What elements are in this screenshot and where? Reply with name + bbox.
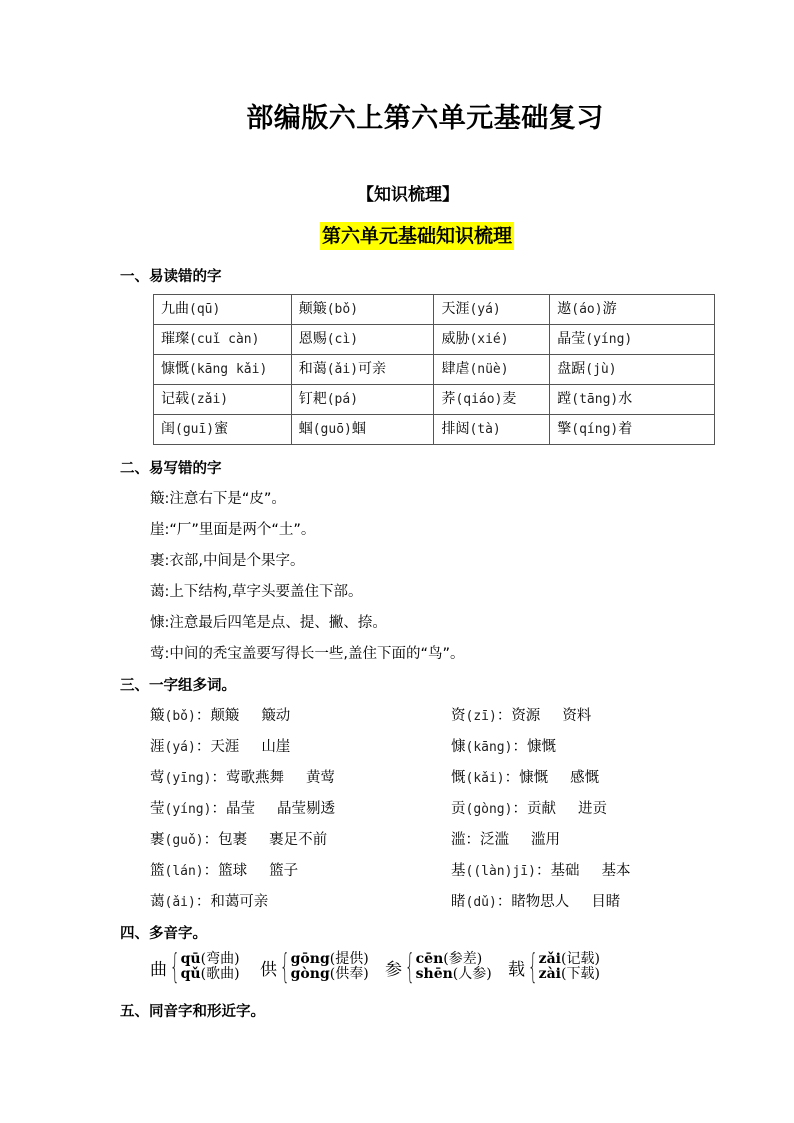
cell-word: 钉耙 bbox=[299, 391, 327, 407]
word-group-pinyin: (kāng) bbox=[466, 740, 513, 755]
word-group-char: 篮 bbox=[150, 863, 165, 879]
word-group: 慷(kāng)：慷慨 bbox=[451, 735, 556, 756]
word-group: 睹(dǔ)：睹物思人目睹 bbox=[451, 890, 620, 911]
word-group: 慨(kǎi)：慷慨感慨 bbox=[451, 766, 599, 787]
cell-word: 和蔼 bbox=[299, 361, 327, 377]
reading-b: zài(下载) bbox=[539, 967, 600, 982]
cell-pinyin: (guī) bbox=[175, 422, 214, 437]
colon: ： bbox=[196, 894, 211, 910]
cell-pinyin: (ǎi) bbox=[327, 362, 358, 377]
writing-tip-6: 莺:中间的秃宝盖要写得长一些,盖住下面的“鸟”。 bbox=[150, 642, 465, 663]
reading-a-pinyin: zǎi bbox=[539, 951, 561, 967]
cell-pinyin: (cì) bbox=[327, 332, 358, 347]
colon: ： bbox=[211, 770, 226, 786]
word-group-word: 天涯 bbox=[210, 739, 239, 755]
colon: ： bbox=[512, 801, 527, 817]
word-group-char: 慨 bbox=[451, 770, 466, 786]
colon: ： bbox=[211, 801, 226, 817]
writing-tip-3: 裹:衣部,中间是个果字。 bbox=[150, 549, 305, 570]
cell-word: 蝈 bbox=[299, 421, 313, 437]
word-group: 涯(yá)：天涯山崖 bbox=[150, 735, 290, 756]
polyphonic-char: 供 bbox=[260, 955, 277, 980]
word-group-char: 滥 bbox=[451, 832, 466, 848]
cell-pinyin: (yá) bbox=[469, 302, 500, 317]
section-subtitle: 【知识梳理】 bbox=[0, 180, 794, 205]
section-heading-4: 四、多音字。 bbox=[120, 922, 207, 943]
table-cell: 和蔼(ǎi)可亲 bbox=[291, 355, 434, 385]
table-row: 璀璨(cuǐ càn)恩赐(cì)威胁(xié)晶莹(yíng) bbox=[154, 325, 715, 355]
polyphonic-options: qū(弯曲) qǔ(歌曲) bbox=[181, 952, 240, 982]
word-group-pinyin: (gòng) bbox=[466, 802, 513, 817]
reading-a: qū(弯曲) bbox=[181, 952, 240, 967]
word-group-word: 篮子 bbox=[269, 863, 298, 879]
table-row: 慷慨(kāng kǎi)和蔼(ǎi)可亲肆虐(nüè)盘踞(jù) bbox=[154, 355, 715, 385]
table-cell: 蝈(guō)蝈 bbox=[291, 415, 434, 445]
word-group-char: 簸 bbox=[150, 708, 165, 724]
cell-word: 九曲 bbox=[161, 301, 189, 317]
word-group-char: 基 bbox=[451, 863, 466, 879]
cell-tail: 着 bbox=[618, 421, 632, 437]
table-cell: 盘踞(jù) bbox=[550, 355, 715, 385]
cell-word: 天涯 bbox=[441, 301, 469, 317]
writing-tip-4: 蔼:上下结构,草字头要盖住下部。 bbox=[150, 580, 363, 601]
polyphonic-item: 曲 { qū(弯曲) qǔ(歌曲) bbox=[150, 950, 240, 984]
polyphonic-item: 供 { gōng(提供) gòng(供奉) bbox=[260, 950, 369, 984]
word-group-word: 资源 bbox=[511, 708, 540, 724]
word-group-word: 晶莹 bbox=[226, 801, 255, 817]
cell-tail: 水 bbox=[618, 391, 632, 407]
cell-word: 遨 bbox=[557, 301, 571, 317]
word-group: 莹(yíng)：晶莹晶莹剔透 bbox=[150, 797, 335, 818]
reading-a-pinyin: qū bbox=[181, 951, 201, 967]
cell-pinyin: (xié) bbox=[469, 332, 508, 347]
cell-word: 擎 bbox=[557, 421, 571, 437]
word-group-word: 目睹 bbox=[591, 894, 620, 910]
colon: ： bbox=[466, 832, 481, 848]
cell-pinyin: (jù) bbox=[585, 362, 616, 377]
highlight-heading-wrap: 第六单元基础知识梳理 bbox=[0, 222, 794, 250]
table-cell: 排闼(tà) bbox=[434, 415, 550, 445]
cell-pinyin: (qíng) bbox=[571, 422, 618, 437]
reading-b: gòng(供奉) bbox=[291, 967, 369, 982]
reading-b-word: (下载) bbox=[561, 966, 600, 982]
word-group-word: 进贡 bbox=[578, 801, 607, 817]
table-cell: 颠簸(bǒ) bbox=[291, 295, 434, 325]
word-group-char: 莺 bbox=[150, 770, 165, 786]
word-group-pinyin: (kǎi) bbox=[466, 771, 505, 786]
cell-pinyin: (tà) bbox=[469, 422, 500, 437]
word-group-char: 涯 bbox=[150, 739, 165, 755]
word-group-word: 簸动 bbox=[261, 708, 290, 724]
word-group-word: 资料 bbox=[562, 708, 591, 724]
reading-b-pinyin: qǔ bbox=[181, 966, 201, 982]
section-heading-3: 三、一字组多词。 bbox=[120, 674, 236, 695]
table-cell: 天涯(yá) bbox=[434, 295, 550, 325]
document-title: 部编版六上第六单元基础复习 bbox=[0, 96, 794, 135]
reading-a: cēn(参差) bbox=[416, 952, 492, 967]
brace-icon: { bbox=[405, 950, 415, 984]
cell-pinyin: (zǎi) bbox=[189, 392, 228, 407]
word-group-char: 蔼 bbox=[150, 894, 165, 910]
cell-word: 恩赐 bbox=[299, 331, 327, 347]
table-cell: 九曲(qū) bbox=[154, 295, 292, 325]
table-row: 九曲(qū)颠簸(bǒ)天涯(yá)遨(áo)游 bbox=[154, 295, 715, 325]
table-cell: 记载(zǎi) bbox=[154, 385, 292, 415]
cell-word: 晶莹 bbox=[557, 331, 585, 347]
table-row: 闺(guī)蜜蝈(guō)蝈排闼(tà)擎(qíng)着 bbox=[154, 415, 715, 445]
word-group-word: 贡献 bbox=[527, 801, 556, 817]
cell-word: 蹚 bbox=[557, 391, 571, 407]
word-group: 莺(yīng)：莺歌燕舞黄莺 bbox=[150, 766, 335, 787]
reading-b-word: (歌曲) bbox=[201, 966, 240, 982]
word-group-pinyin: (zī) bbox=[466, 709, 497, 724]
word-group-char: 资 bbox=[451, 708, 466, 724]
word-group-pinyin: (ǎi) bbox=[165, 895, 196, 910]
word-group-word: 基本 bbox=[601, 863, 630, 879]
brace-icon: { bbox=[170, 950, 180, 984]
table-cell: 钉耙(pá) bbox=[291, 385, 434, 415]
cell-pinyin: (áo) bbox=[571, 302, 602, 317]
word-group-word: 晶莹剔透 bbox=[277, 801, 335, 817]
cell-word: 记载 bbox=[161, 391, 189, 407]
table-cell: 蹚(tāng)水 bbox=[550, 385, 715, 415]
cell-tail: 蜜 bbox=[214, 421, 228, 437]
cell-pinyin: (qū) bbox=[189, 302, 220, 317]
highlight-heading: 第六单元基础知识梳理 bbox=[320, 222, 514, 250]
reading-a-word: (弯曲) bbox=[201, 951, 240, 967]
table-row: 记载(zǎi)钉耙(pá)荞(qiáo)麦蹚(tāng)水 bbox=[154, 385, 715, 415]
cell-pinyin: (bǒ) bbox=[327, 302, 358, 317]
cell-word: 排闼 bbox=[441, 421, 469, 437]
word-group-word: 基础 bbox=[550, 863, 579, 879]
word-group: 资(zī)：资源资料 bbox=[451, 704, 591, 725]
polyphonic-char: 载 bbox=[508, 955, 525, 980]
word-group-pinyin: (dǔ) bbox=[466, 895, 497, 910]
word-group-pinyin: (lán) bbox=[165, 864, 204, 879]
colon: ： bbox=[512, 739, 527, 755]
cell-tail: 蝈 bbox=[352, 421, 366, 437]
cell-pinyin: (cuǐ càn) bbox=[189, 332, 259, 347]
misread-characters-table: 九曲(qū)颠簸(bǒ)天涯(yá)遨(áo)游璀璨(cuǐ càn)恩赐(cì… bbox=[153, 294, 715, 445]
word-group-pinyin: (bǒ) bbox=[165, 709, 196, 724]
writing-tip-2: 崖:“厂”里面是两个“土”。 bbox=[150, 518, 315, 539]
cell-pinyin: (guō) bbox=[313, 422, 352, 437]
section-heading-2: 二、易写错的字 bbox=[120, 457, 222, 478]
word-group-word: 黄莺 bbox=[306, 770, 335, 786]
word-group: 蔼(ǎi)：和蔼可亲 bbox=[150, 890, 268, 911]
word-group: 贡(gòng)：贡献进贡 bbox=[451, 797, 607, 818]
colon: ： bbox=[204, 863, 219, 879]
word-group-word: 颠簸 bbox=[210, 708, 239, 724]
cell-pinyin: (pá) bbox=[327, 392, 358, 407]
cell-tail: 可亲 bbox=[358, 361, 386, 377]
word-group: 裹(guǒ)：包裹裹足不前 bbox=[150, 828, 327, 849]
word-group-word: 包裹 bbox=[218, 832, 247, 848]
section-heading-1: 一、易读错的字 bbox=[120, 265, 222, 286]
word-group-word: 山崖 bbox=[261, 739, 290, 755]
reading-b: shēn(人参) bbox=[416, 967, 492, 982]
word-group-char: 慷 bbox=[451, 739, 466, 755]
brace-icon: { bbox=[280, 950, 290, 984]
word-group-pinyin: (yá) bbox=[165, 740, 196, 755]
colon: ： bbox=[497, 894, 512, 910]
table-cell: 肆虐(nüè) bbox=[434, 355, 550, 385]
table-cell: 遨(áo)游 bbox=[550, 295, 715, 325]
word-group-pinyin: (guǒ) bbox=[165, 833, 204, 848]
reading-a: gōng(提供) bbox=[291, 952, 369, 967]
colon: ： bbox=[536, 863, 551, 879]
colon: ： bbox=[204, 832, 219, 848]
word-group-word: 和蔼可亲 bbox=[210, 894, 268, 910]
section-heading-5: 五、同音字和形近字。 bbox=[120, 1000, 265, 1021]
reading-a-word: (提供) bbox=[330, 951, 369, 967]
cell-word: 荞 bbox=[441, 391, 455, 407]
reading-a-word: (参差) bbox=[443, 951, 482, 967]
word-group-char: 睹 bbox=[451, 894, 466, 910]
table-cell: 慷慨(kāng kǎi) bbox=[154, 355, 292, 385]
reading-b: qǔ(歌曲) bbox=[181, 967, 240, 982]
table-cell: 擎(qíng)着 bbox=[550, 415, 715, 445]
polyphonic-item: 参 { cēn(参差) shēn(人参) bbox=[385, 950, 492, 984]
cell-word: 颠簸 bbox=[299, 301, 327, 317]
reading-a-pinyin: gōng bbox=[291, 951, 330, 967]
word-group-pinyin: (yíng) bbox=[165, 802, 212, 817]
cell-pinyin: (kāng kǎi) bbox=[189, 362, 267, 377]
colon: ： bbox=[196, 739, 211, 755]
polyphonic-char: 参 bbox=[385, 955, 402, 980]
cell-word: 肆虐 bbox=[441, 361, 469, 377]
word-group: 篮(lán)：篮球篮子 bbox=[150, 859, 298, 880]
polyphonic-options: zǎi(记载) zài(下载) bbox=[539, 952, 600, 982]
word-group: 基((làn)jī)：基础基本 bbox=[451, 859, 630, 880]
cell-word: 璀璨 bbox=[161, 331, 189, 347]
word-group: 滥：泛滥滥用 bbox=[451, 828, 560, 849]
polyphonic-options: cēn(参差) shēn(人参) bbox=[416, 952, 492, 982]
colon: ： bbox=[505, 770, 520, 786]
word-group-pinyin: ((làn)jī) bbox=[466, 864, 536, 879]
reading-b-pinyin: zài bbox=[539, 966, 561, 982]
word-group-char: 莹 bbox=[150, 801, 165, 817]
cell-pinyin: (qiáo) bbox=[455, 392, 502, 407]
word-group-word: 慷慨 bbox=[519, 770, 548, 786]
brace-icon: { bbox=[528, 950, 538, 984]
reading-b-word: (人参) bbox=[453, 966, 492, 982]
cell-word: 闺 bbox=[161, 421, 175, 437]
cell-word: 威胁 bbox=[441, 331, 469, 347]
word-group-char: 贡 bbox=[451, 801, 466, 817]
table-cell: 璀璨(cuǐ càn) bbox=[154, 325, 292, 355]
reading-a-word: (记载) bbox=[561, 951, 600, 967]
polyphonic-item: 载 { zǎi(记载) zài(下载) bbox=[508, 950, 600, 984]
word-group-word: 篮球 bbox=[218, 863, 247, 879]
word-group-pinyin: (yīng) bbox=[165, 771, 212, 786]
cell-tail: 游 bbox=[603, 301, 617, 317]
reading-b-pinyin: gòng bbox=[291, 966, 330, 982]
cell-tail: 麦 bbox=[502, 391, 516, 407]
word-group-word: 慷慨 bbox=[527, 739, 556, 755]
cell-pinyin: (nüè) bbox=[469, 362, 508, 377]
cell-word: 慷慨 bbox=[161, 361, 189, 377]
cell-word: 盘踞 bbox=[557, 361, 585, 377]
polyphonic-char: 曲 bbox=[150, 955, 167, 980]
reading-a-pinyin: cēn bbox=[416, 951, 444, 967]
word-group: 簸(bǒ)：颠簸簸动 bbox=[150, 704, 290, 725]
polyphonic-options: gōng(提供) gòng(供奉) bbox=[291, 952, 369, 982]
table-cell: 闺(guī)蜜 bbox=[154, 415, 292, 445]
colon: ： bbox=[497, 708, 512, 724]
cell-pinyin: (tāng) bbox=[571, 392, 618, 407]
word-group-word: 莺歌燕舞 bbox=[226, 770, 284, 786]
word-group-word: 睹物思人 bbox=[511, 894, 569, 910]
word-group-word: 滥用 bbox=[531, 832, 560, 848]
word-group-word: 感慨 bbox=[570, 770, 599, 786]
reading-b-word: (供奉) bbox=[330, 966, 369, 982]
table-cell: 晶莹(yíng) bbox=[550, 325, 715, 355]
writing-tip-5: 慷:注意最后四笔是点、提、撇、捺。 bbox=[150, 611, 387, 632]
table-cell: 荞(qiáo)麦 bbox=[434, 385, 550, 415]
table-cell: 恩赐(cì) bbox=[291, 325, 434, 355]
reading-a: zǎi(记载) bbox=[539, 952, 600, 967]
word-group-word: 泛滥 bbox=[480, 832, 509, 848]
cell-pinyin: (yíng) bbox=[585, 332, 632, 347]
writing-tip-1: 簸:注意右下是“皮”。 bbox=[150, 487, 286, 508]
table-cell: 威胁(xié) bbox=[434, 325, 550, 355]
word-group-char: 裹 bbox=[150, 832, 165, 848]
word-group-word: 裹足不前 bbox=[269, 832, 327, 848]
reading-b-pinyin: shēn bbox=[416, 966, 453, 982]
colon: ： bbox=[196, 708, 211, 724]
